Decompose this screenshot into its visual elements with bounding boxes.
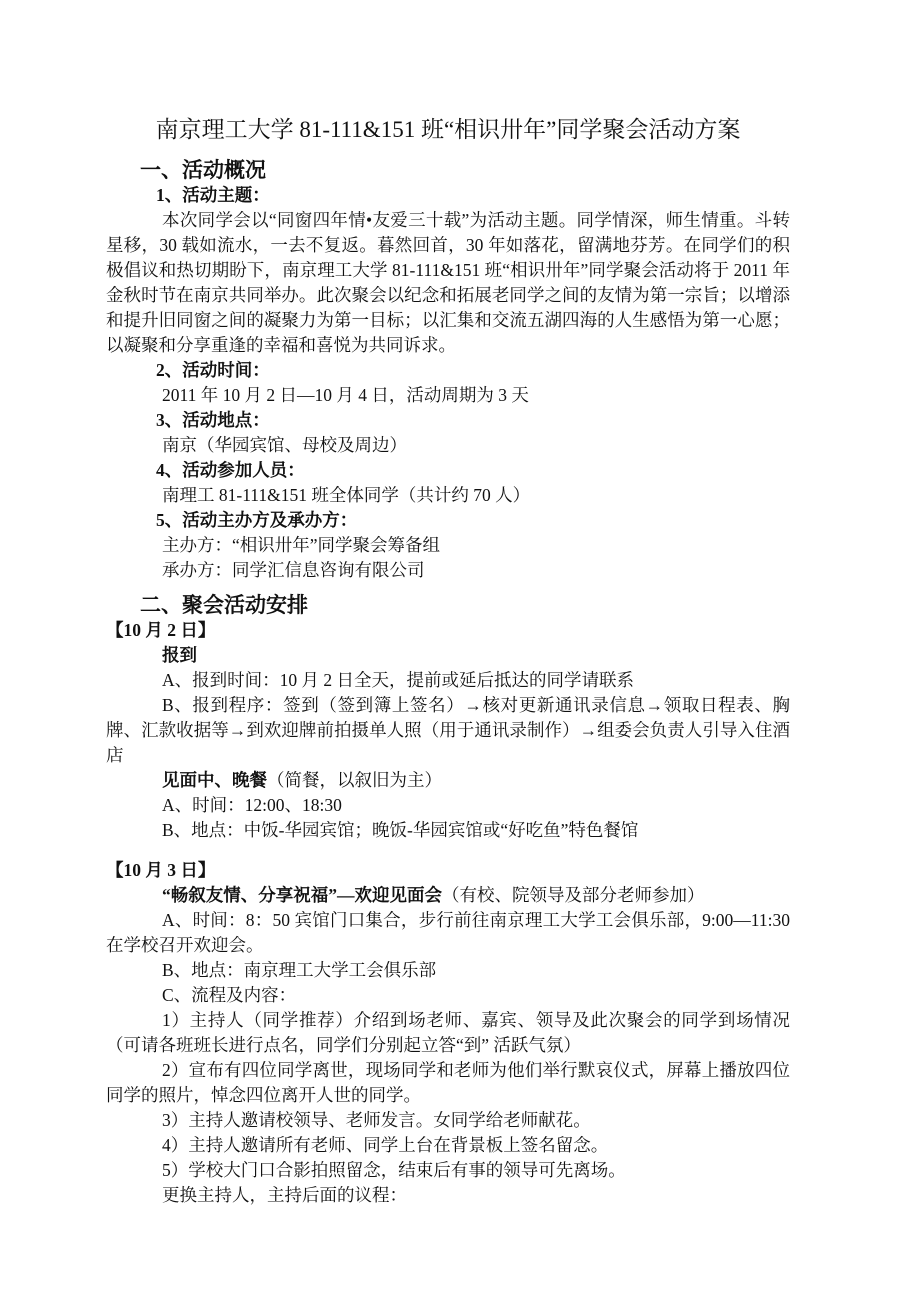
place-value: 南京（华园宾馆、母校及周边） — [106, 433, 790, 458]
time-heading: 2、活动时间： — [106, 358, 790, 383]
section-schedule-heading: 二、聚会活动安排 — [106, 593, 790, 618]
day2-welcome-heading: “畅叙友情、分享祝福”—欢迎见面会（有校、院领导及部分老师参加） — [106, 883, 790, 908]
day2-welcome-note: （有校、院领导及部分老师参加） — [442, 885, 705, 905]
day1-meal-time: A、时间：12:00、18:30 — [106, 793, 790, 818]
flow-item: 2）宣布有四位同学离世，现场同学和老师为他们举行默哀仪式，屏幕上播放四位同学的照… — [106, 1058, 790, 1108]
place-heading: 3、活动地点： — [106, 408, 790, 433]
day1-checkin-procedure: B、报到程序：签到（签到簿上签名）→核对更新通讯录信息→领取日程表、胸牌、汇款收… — [106, 693, 790, 768]
flow-item: 5）学校大门口合影拍照留念，结束后有事的领导可先离场。 — [106, 1158, 790, 1183]
doc-title: 南京理工大学 81-111&151 班“相识卅年”同学聚会活动方案 — [106, 112, 790, 148]
participants-value: 南理工 81-111&151 班全体同学（共计约 70 人） — [106, 483, 790, 508]
day1-checkin-time: A、报到时间：10 月 2 日全天，提前或延后抵达的同学请联系 — [106, 668, 790, 693]
day1-meal-title: 见面中、晚餐 — [162, 770, 267, 790]
document-page: 南京理工大学 81-111&151 班“相识卅年”同学聚会活动方案 一、活动概况… — [0, 0, 920, 1302]
day2-label: 【10 月 3 日】 — [106, 858, 790, 883]
day2-welcome-title: “畅叙友情、分享祝福”—欢迎见面会 — [162, 885, 442, 905]
day1-meal-heading: 见面中、晚餐（简餐，以叙旧为主） — [106, 768, 790, 793]
time-value: 2011 年 10 月 2 日—10 月 4 日，活动周期为 3 天 — [106, 383, 790, 408]
flow-item: 4）主持人邀请所有老师、同学上台在背景板上签名留念。 — [106, 1133, 790, 1158]
day1-meal-note: （简餐，以叙旧为主） — [267, 770, 442, 790]
day2-welcome-time: A、时间：8：50 宾馆门口集合，步行前往南京理工大学工会俱乐部，9:00—11… — [106, 908, 790, 958]
theme-paragraph: 本次同学会以“同窗四年情•友爱三十载”为活动主题。同学情深，师生情重。斗转星移，… — [106, 208, 790, 358]
day1-meal-place: B、地点：中饭-华园宾馆；晚饭-华园宾馆或“好吃鱼”特色餐馆 — [106, 818, 790, 843]
flow-item-host-change: 更换主持人，主持后面的议程： — [106, 1183, 790, 1208]
day2-welcome-place: B、地点：南京理工大学工会俱乐部 — [106, 958, 790, 983]
organizer-undertaker: 承办方：同学汇信息咨询有限公司 — [106, 558, 790, 583]
theme-heading: 1、活动主题： — [106, 183, 790, 208]
day2-flow-heading: C、流程及内容： — [106, 983, 790, 1008]
day1-checkin-heading: 报到 — [106, 643, 790, 668]
document-content: 南京理工大学 81-111&151 班“相识卅年”同学聚会活动方案 一、活动概况… — [106, 0, 790, 1208]
flow-item: 3）主持人邀请校领导、老师发言。女同学给老师献花。 — [106, 1108, 790, 1133]
day1-label: 【10 月 2 日】 — [106, 618, 790, 643]
organizer-host: 主办方：“相识卅年”同学聚会筹备组 — [106, 533, 790, 558]
organizer-heading: 5、活动主办方及承办方： — [106, 508, 790, 533]
section-overview-heading: 一、活动概况 — [106, 158, 790, 183]
participants-heading: 4、活动参加人员： — [106, 458, 790, 483]
flow-item: 1）主持人（同学推荐）介绍到场老师、嘉宾、领导及此次聚会的同学到场情况（可请各班… — [106, 1008, 790, 1058]
